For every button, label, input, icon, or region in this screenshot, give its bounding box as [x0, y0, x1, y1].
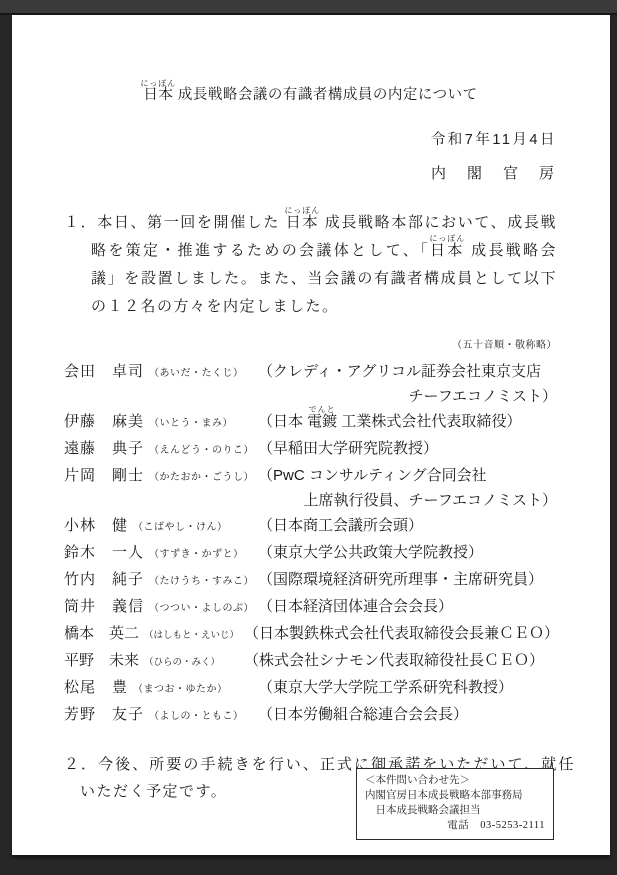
member-kana: （えんどう・のりこ） — [149, 438, 254, 463]
member-name: 筒井 義信 — [64, 594, 144, 619]
member-desc: （国際環境経済研究所理事・主席研究員） — [258, 567, 557, 592]
members-list: 会田 卓司 （あいだ・たくじ） （クレディ・アグリコル証券会社東京支店チーフエコ… — [64, 359, 557, 729]
member-kana: （つつい・よしのぶ） — [149, 596, 254, 621]
member-row: 松尾 豊 （まつお・ゆたか） （東京大学大学院工学系研究科教授） — [64, 675, 557, 702]
member-name: 片岡 剛士 — [64, 463, 144, 488]
member-row: 橋本 英二 （はしもと・えいじ） （日本製鉄株式会社代表取締役会長兼ＣＥＯ） — [64, 621, 557, 648]
member-row: 遠藤 典子 （えんどう・のりこ） （早稲田大学研究院教授） — [64, 436, 557, 463]
member-desc: （日本経済団体連合会会長） — [258, 594, 557, 619]
member-row: 片岡 剛士 （かたおか・ごうし） （PwC コンサルティング合同会社上席執行役員… — [64, 463, 557, 513]
member-name: 平野 未来 — [64, 648, 139, 673]
member-row: 伊藤 麻美 （いとう・まみ） （日本 電鍍でんと 工業株式会社代表取締役） — [64, 409, 557, 436]
member-name: 竹内 純子 — [64, 567, 144, 592]
member-row: 小林 健 （こばやし・けん） （日本商工会議所会頭） — [64, 513, 557, 540]
member-kana: （いとう・まみ） — [149, 411, 233, 436]
member-kana: （はしもと・えいじ） — [144, 623, 239, 648]
member-desc: （早稲田大学研究院教授） — [258, 436, 557, 461]
document-page: 日本にっぽん 成長戦略会議の有識者構成員の内定について 令和7年11月4日 内 … — [12, 15, 610, 855]
intro-paragraph: １．本日、第一回を開催した 日本にっぽん 成長戦略本部において、成長戦略を策定・… — [64, 209, 557, 321]
member-desc: （日本商工会議所会頭） — [258, 513, 557, 538]
member-kana: （こばやし・けん） — [133, 515, 228, 540]
member-kana: （あいだ・たくじ） — [149, 361, 244, 386]
page-title: 日本にっぽん 成長戦略会議の有識者構成員の内定について — [64, 15, 557, 105]
member-kana: （ひらの・みく） — [144, 650, 220, 675]
member-row: 会田 卓司 （あいだ・たくじ） （クレディ・アグリコル証券会社東京支店チーフエコ… — [64, 359, 557, 409]
contact-line-office: 内閣官房日本成長戦略本部事務局 — [365, 788, 545, 803]
member-name: 鈴木 一人 — [64, 540, 144, 565]
title-ruby: 日本にっぽん — [143, 87, 173, 103]
contact-line-section: 日本成長戦略会議担当 — [365, 803, 545, 818]
member-name: 芳野 友子 — [64, 702, 144, 727]
window-top-bar — [0, 0, 617, 15]
member-row: 竹内 純子 （たけうち・すみこ） （国際環境経済研究所理事・主席研究員） — [64, 567, 557, 594]
member-name: 小林 健 — [64, 513, 128, 538]
member-kana: （まつお・ゆたか） — [133, 677, 228, 702]
title-ruby-base: 日本 — [143, 87, 173, 103]
member-name: 遠藤 典子 — [64, 436, 144, 461]
member-desc: （日本労働組合総連合会会長） — [258, 702, 557, 727]
member-row: 芳野 友子 （よしの・ともこ） （日本労働組合総連合会会長） — [64, 702, 557, 729]
member-desc-ruby: 電鍍でんと — [307, 413, 337, 430]
member-desc-line2: チーフエコノミスト） — [258, 384, 557, 409]
member-desc-line2: 上席執行役員、チーフエコノミスト） — [258, 488, 557, 513]
title-ruby-text: にっぽん — [140, 78, 176, 89]
sort-order-note: （五十音順・敬称略） — [64, 336, 557, 351]
contact-telephone: 電話 03-5253-2111 — [365, 818, 545, 833]
intro-ruby-1: 日本にっぽん — [286, 214, 319, 231]
intro-ruby-2: 日本にっぽん — [430, 242, 465, 259]
member-desc: （クレディ・アグリコル証券会社東京支店チーフエコノミスト） — [258, 359, 557, 409]
document-viewer: 日本にっぽん 成長戦略会議の有識者構成員の内定について 令和7年11月4日 内 … — [0, 0, 617, 875]
date-line: 令和7年11月4日 — [64, 131, 557, 150]
title-text: 成長戦略会議の有識者構成員の内定について — [173, 87, 477, 103]
member-kana: （よしの・ともこ） — [149, 704, 244, 729]
page-content: 日本にっぽん 成長戦略会議の有識者構成員の内定について 令和7年11月4日 内 … — [12, 15, 610, 855]
member-row: 筒井 義信 （つつい・よしのぶ） （日本経済団体連合会会長） — [64, 594, 557, 621]
member-desc: （日本製鉄株式会社代表取締役会長兼ＣＥＯ） — [244, 621, 559, 646]
member-name: 松尾 豊 — [64, 675, 128, 700]
header-block: 令和7年11月4日 内 閣 官 房 — [64, 131, 557, 183]
org-line: 内 閣 官 房 — [64, 164, 557, 183]
contact-header: ＜本件問い合わせ先＞ — [365, 773, 545, 788]
member-desc: （東京大学大学院工学系研究科教授） — [258, 675, 557, 700]
member-kana: （たけうち・すみこ） — [149, 569, 254, 594]
intro-seg-1: １．本日、第一回を開催した — [64, 214, 286, 231]
member-name: 会田 卓司 — [64, 359, 144, 384]
contact-box: ＜本件問い合わせ先＞ 内閣官房日本成長戦略本部事務局 日本成長戦略会議担当 電話… — [356, 768, 554, 840]
member-desc: （日本 電鍍でんと 工業株式会社代表取締役） — [258, 409, 557, 434]
member-desc: （株式会社シナモン代表取締役社長ＣＥＯ） — [244, 648, 557, 673]
member-row: 鈴木 一人 （すずき・かずと） （東京大学公共政策大学院教授） — [64, 540, 557, 567]
member-name: 伊藤 麻美 — [64, 409, 144, 434]
member-row: 平野 未来 （ひらの・みく） （株式会社シナモン代表取締役社長ＣＥＯ） — [64, 648, 557, 675]
member-kana: （すずき・かずと） — [149, 542, 244, 567]
member-kana: （かたおか・ごうし） — [149, 465, 254, 490]
member-desc: （東京大学公共政策大学院教授） — [258, 540, 557, 565]
member-desc: （PwC コンサルティング合同会社上席執行役員、チーフエコノミスト） — [258, 463, 557, 513]
member-name: 橋本 英二 — [64, 621, 139, 646]
